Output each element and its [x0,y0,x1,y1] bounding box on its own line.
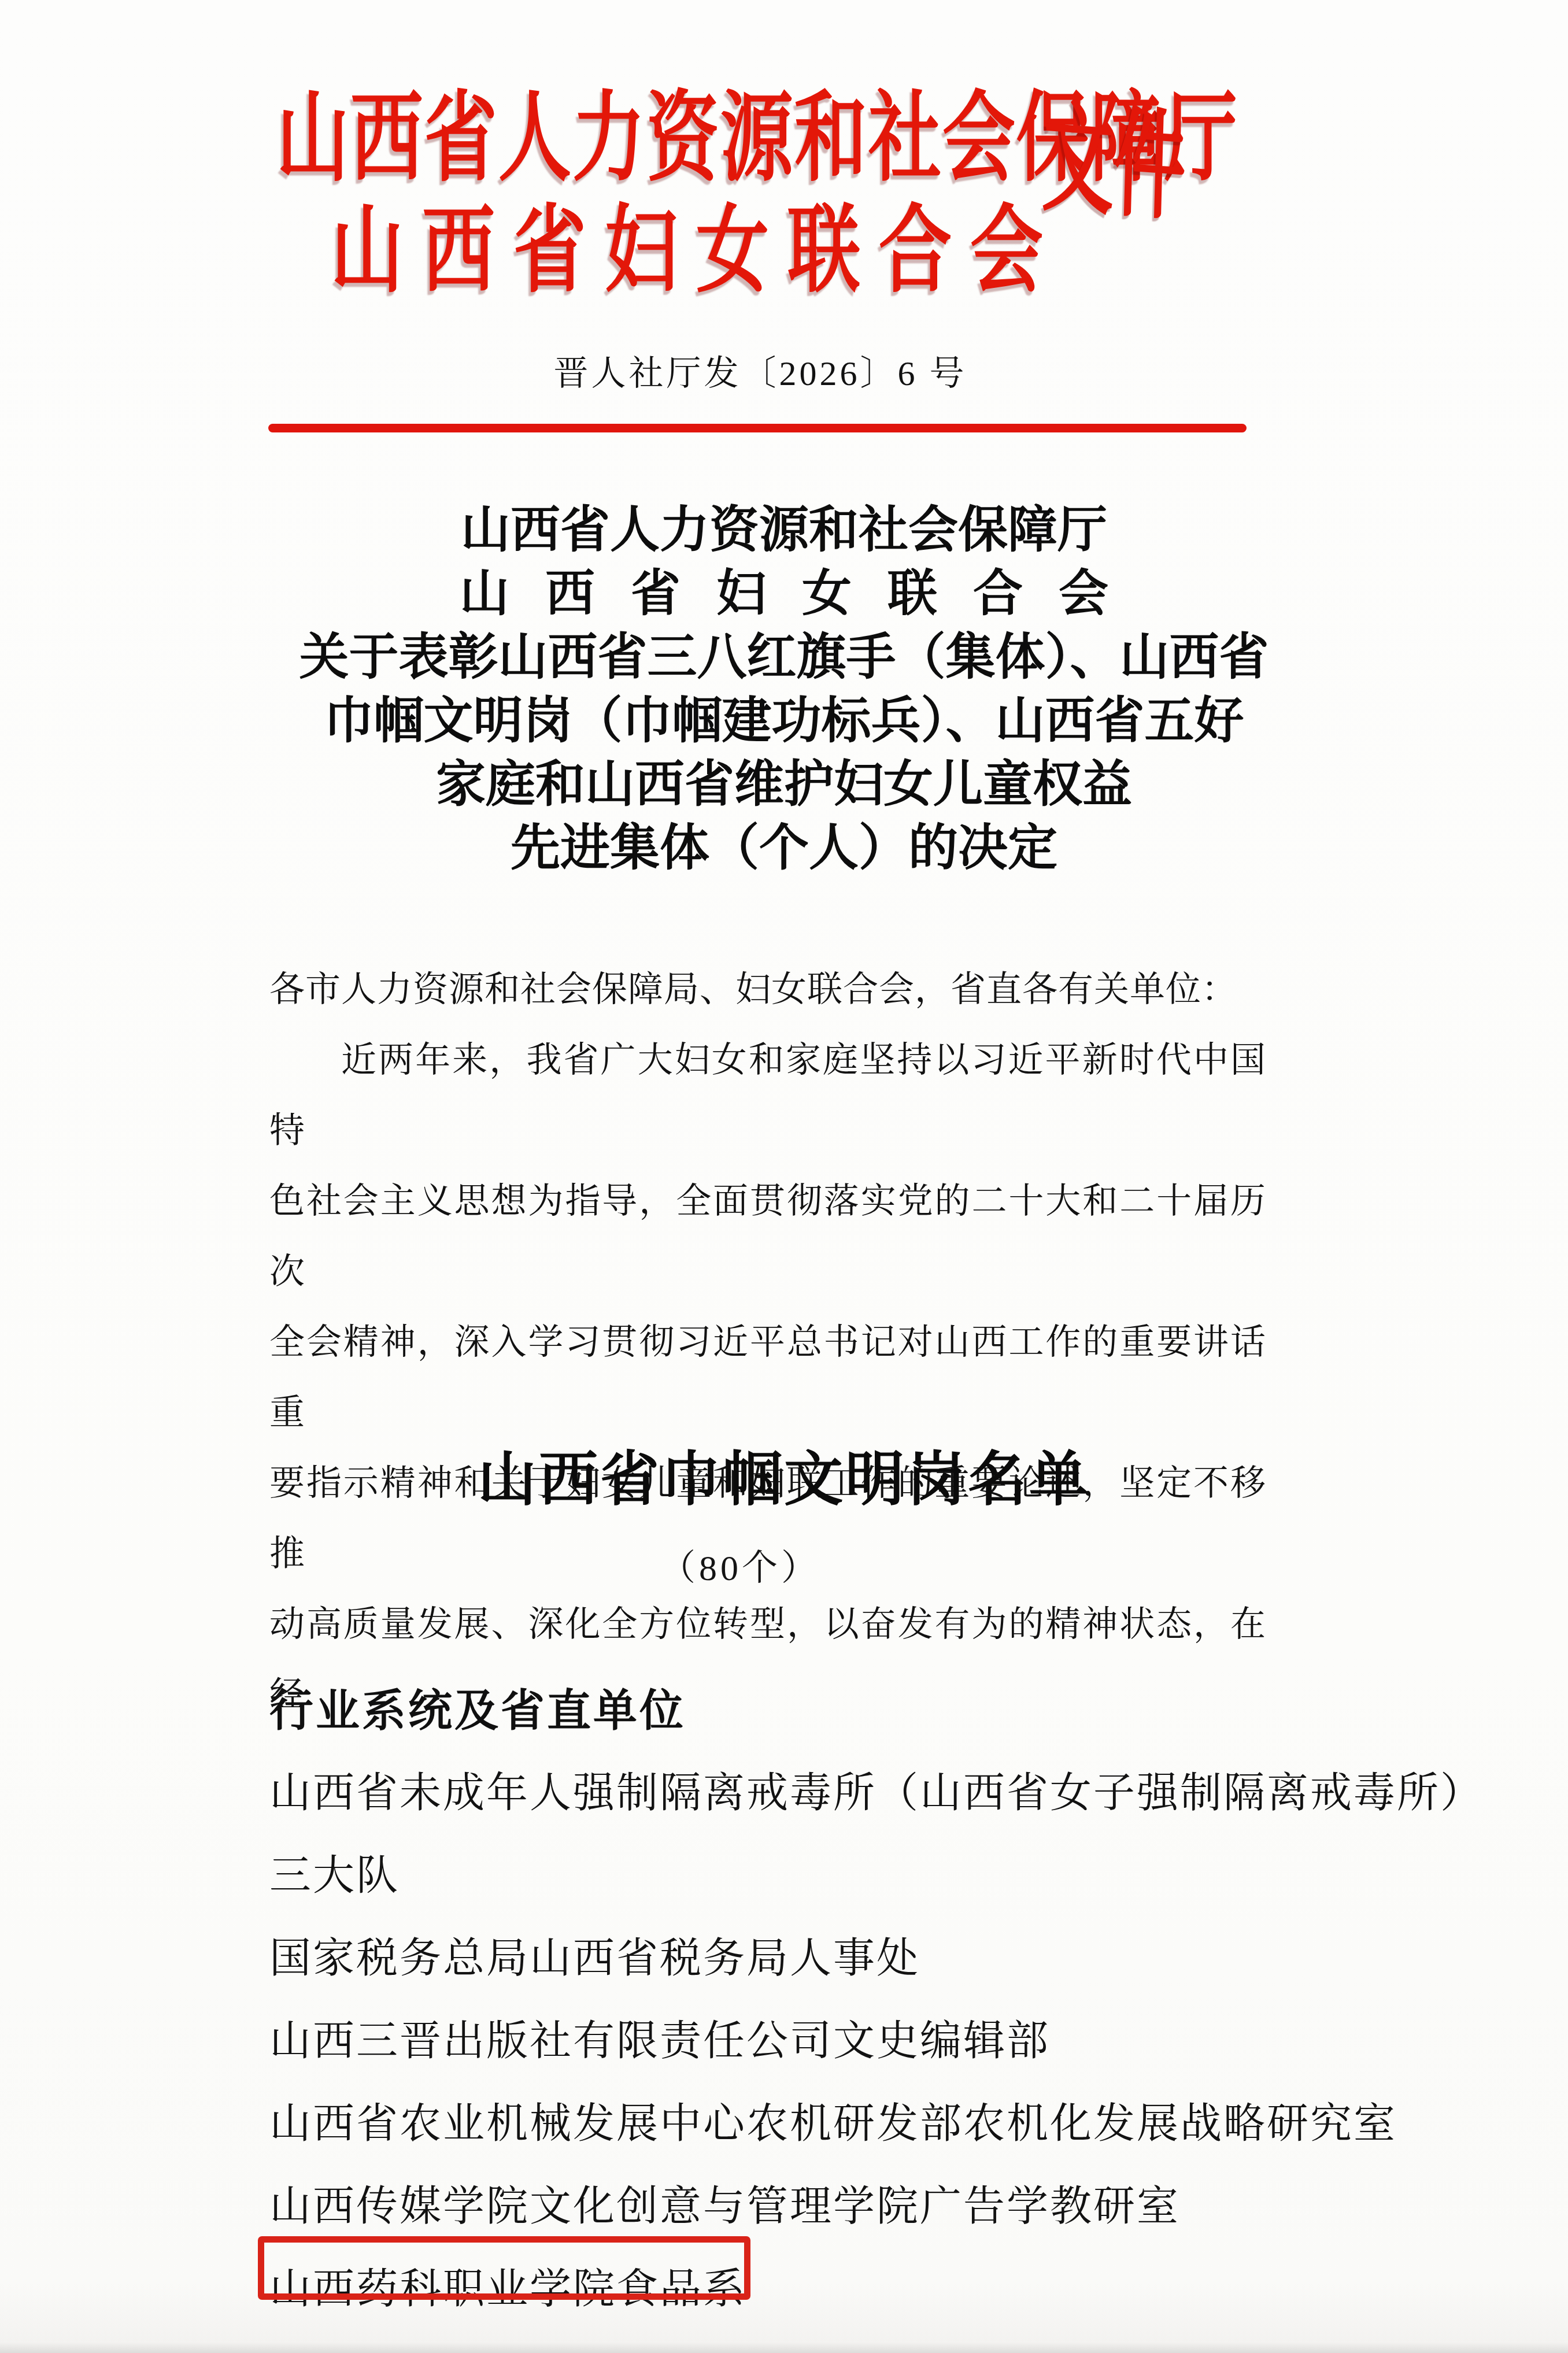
list-item: 国家税务总局山西省税务局人事处 [269,1917,1501,2000]
page-bottom-edge [0,2343,1568,2353]
issuer-name-line2: 山西省妇女联合会 [312,175,1052,310]
roster-count: （80个） [0,1539,1480,1590]
document-page: 山西省人力资源和社会保障厅 山西省妇女联合会 文件 晋人社厅发〔2026〕6 号… [0,0,1568,2353]
roster-title: 山西省巾帼文明岗名单 [15,1433,1553,1517]
title-line: 巾帼文明岗（巾帼建功标兵）、山西省五好 [15,689,1553,753]
red-divider-line [268,424,1247,432]
body-paragraph: 各市人力资源和社会保障局、妇女联合会，省直各有关单位： 近两年来，我省广大妇女和… [269,955,1266,1731]
list-item: 山西省农业机械发展中心农机研发部农机化发展战略研究室 [269,2082,1501,2165]
highlight-box [258,2236,750,2300]
list-item: 山西三晋出版社有限责任公司文史编辑部 [269,2000,1501,2082]
list-item: 山西省未成年人强制隔离戒毒所（山西省女子强制隔离戒毒所） [269,1752,1501,1834]
roster-group-header: 行业系统及省直单位 [269,1675,686,1738]
list-item: 山西传媒学院文化创意与管理学院广告学教研室 [269,2165,1501,2248]
body-line: 近两年来，我省广大妇女和家庭坚持以习近平新时代中国特 [269,1026,1266,1167]
document-number: 晋人社厅发〔2026〕6 号 [0,346,1521,395]
title-line: 山西省妇女联合会 [15,562,1553,626]
title-line: 家庭和山西省维护妇女儿童权益 [15,753,1553,816]
document-title: 山西省人力资源和社会保障厅 山西省妇女联合会 关于表彰山西省三八红旗手（集体）、… [15,498,1553,880]
body-line: 色社会主义思想为指导，全面贯彻落实党的二十大和二十届历次 [269,1167,1266,1308]
body-salutation: 各市人力资源和社会保障局、妇女联合会，省直各有关单位： [269,955,1266,1026]
title-line: 先进集体（个人）的决定 [15,816,1553,880]
body-line: 全会精神，深入学习贯彻习近平总书记对山西工作的重要讲话重 [269,1308,1266,1449]
title-line: 山西省人力资源和社会保障厅 [15,498,1553,562]
list-item: 三大队 [269,1834,1501,1917]
document-type-label: 文件 [1041,99,1187,229]
title-line: 关于表彰山西省三八红旗手（集体）、山西省 [15,626,1553,689]
